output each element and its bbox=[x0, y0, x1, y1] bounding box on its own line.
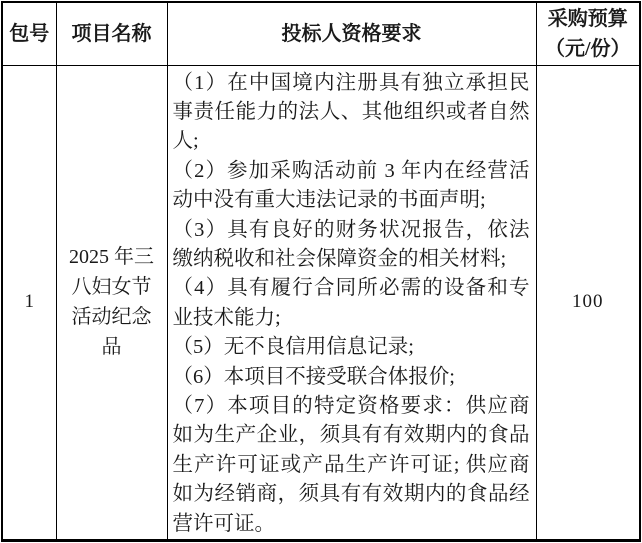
header-budget-label-line2: （元/份） bbox=[537, 34, 640, 64]
package-no-value: 1 bbox=[25, 291, 35, 312]
requirement-item-1: （1）在中国境内注册具有独立承担民事责任能力的法人、其他组织或者自然人; bbox=[173, 69, 530, 157]
header-package-no: 包号 bbox=[2, 2, 56, 65]
header-package-no-label: 包号 bbox=[9, 23, 49, 45]
cell-package-no: 1 bbox=[2, 65, 56, 541]
header-project-name-label: 项目名称 bbox=[72, 23, 152, 45]
cell-project-name: 2025 年三八妇女节活动纪念品 bbox=[56, 65, 167, 541]
header-budget: 采购预算 （元/份） bbox=[536, 2, 640, 65]
document-page: 包号 项目名称 投标人资格要求 采购预算 （元/份） 1 2025 年三 bbox=[0, 0, 642, 543]
requirement-item-4: （4）具有履行合同所必需的设备和专业技术能力; bbox=[173, 274, 530, 333]
budget-value: 100 bbox=[572, 291, 604, 312]
requirement-item-6: （6）本项目不接受联合体报价; bbox=[173, 363, 530, 392]
requirement-item-7: （7）本项目的特定资格要求：供应商如为生产企业，须具有有效期内的食品生产许可证或… bbox=[173, 392, 530, 539]
requirement-item-3: （3）具有良好的财务状况报告，依法缴纳税收和社会保障资金的相关材料; bbox=[173, 216, 530, 275]
table-header-row: 包号 项目名称 投标人资格要求 采购预算 （元/份） bbox=[2, 2, 640, 65]
project-name-value: 2025 年三八妇女节活动纪念品 bbox=[69, 246, 154, 358]
header-qualification-label: 投标人资格要求 bbox=[282, 23, 422, 45]
cell-budget: 100 bbox=[536, 65, 640, 541]
requirement-item-2: （2）参加采购活动前 3 年内在经营活动中没有重大违法记录的书面声明; bbox=[173, 157, 530, 216]
table-row: 1 2025 年三八妇女节活动纪念品 （1）在中国境内注册具有独立承担民事责任能… bbox=[2, 65, 640, 541]
procurement-table: 包号 项目名称 投标人资格要求 采购预算 （元/份） 1 2025 年三 bbox=[1, 1, 641, 542]
header-budget-label-line1: 采购预算 bbox=[537, 4, 640, 34]
header-qualification: 投标人资格要求 bbox=[167, 2, 536, 65]
cell-qualification-requirements: （1）在中国境内注册具有独立承担民事责任能力的法人、其他组织或者自然人; （2）… bbox=[167, 65, 536, 541]
requirement-item-5: （5）无不良信用信息记录; bbox=[173, 333, 530, 362]
header-project-name: 项目名称 bbox=[56, 2, 167, 65]
